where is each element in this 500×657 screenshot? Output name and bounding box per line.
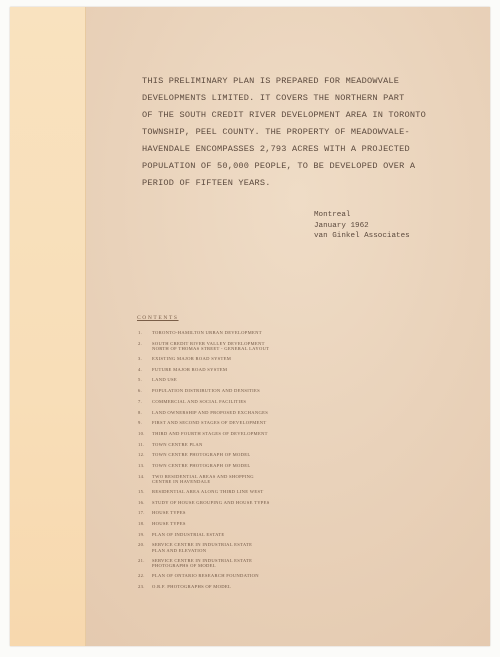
item-number: 13.	[138, 463, 152, 469]
intro-paragraph: THIS PRELIMINARY PLAN IS PREPARED FOR ME…	[142, 73, 472, 192]
item-title: COMMERCIAL AND SOCIAL FACILITIES	[152, 399, 298, 405]
contents-item: 3.EXISTING MAJOR ROAD SYSTEM	[138, 356, 298, 362]
item-number: 22.	[138, 573, 152, 579]
item-number: 8.	[138, 410, 152, 416]
item-title: TOWN CENTRE PHOTOGRAPH OF MODEL	[152, 463, 298, 469]
contents-item: 1.TORONTO-HAMILTON URBAN DEVELOPMENT	[138, 330, 298, 336]
contents-item: 15.RESIDENTIAL AREA ALONG THIRD LINE WES…	[138, 489, 298, 495]
item-number: 3.	[138, 356, 152, 362]
item-number: 10.	[138, 431, 152, 437]
contents-item: 23.O.R.F. PHOTOGRAPHS OF MODEL	[138, 584, 298, 590]
item-number: 2.	[138, 341, 152, 352]
item-number: 6.	[138, 388, 152, 394]
item-number: 19.	[138, 532, 152, 538]
item-number: 14.	[138, 474, 152, 485]
contents-item: 10.THIRD AND FOURTH STAGES OF DEVELOPMEN…	[138, 431, 298, 437]
intro-line: TOWNSHIP, PEEL COUNTY. THE PROPERTY OF M…	[142, 124, 472, 141]
item-title: PLAN OF ONTARIO RESEARCH FOUNDATION	[152, 573, 298, 579]
contents-item: 5.LAND USE	[138, 377, 298, 383]
item-title: SERVICE CENTRE IN INDUSTRIAL ESTATE PLAN…	[152, 542, 298, 553]
contents-item: 6.POPULATION DISTRIBUTION AND DENSITIES	[138, 388, 298, 394]
item-title: O.R.F. PHOTOGRAPHS OF MODEL	[152, 584, 298, 590]
item-number: 5.	[138, 377, 152, 383]
item-number: 9.	[138, 420, 152, 426]
contents-item: 9.FIRST AND SECOND STAGES OF DEVELOPMENT	[138, 420, 298, 426]
signature-place: Montreal	[314, 210, 410, 221]
intro-line: THIS PRELIMINARY PLAN IS PREPARED FOR ME…	[142, 73, 472, 90]
item-title: PLAN OF INDUSTRIAL ESTATE	[152, 532, 298, 538]
intro-line: PERIOD OF FIFTEEN YEARS.	[142, 175, 472, 192]
item-title: TORONTO-HAMILTON URBAN DEVELOPMENT	[152, 330, 298, 336]
item-title: POPULATION DISTRIBUTION AND DENSITIES	[152, 388, 298, 394]
item-title: SOUTH CREDIT RIVER VALLEY DEVELOPMENT NO…	[152, 341, 298, 352]
contents-item: 22.PLAN OF ONTARIO RESEARCH FOUNDATION	[138, 573, 298, 579]
item-number: 21.	[138, 558, 152, 569]
intro-line: POPULATION OF 50,000 PEOPLE, TO BE DEVEL…	[142, 158, 472, 175]
item-number: 17.	[138, 510, 152, 516]
item-title: LAND OWNERSHIP AND PROPOSED EXCHANGES	[152, 410, 298, 416]
item-title: HOUSE TYPES	[152, 521, 298, 527]
contents-item: 16.STUDY OF HOUSE GROUPING AND HOUSE TYP…	[138, 500, 298, 506]
contents-item: 11.TOWN CENTRE PLAN	[138, 442, 298, 448]
item-number: 7.	[138, 399, 152, 405]
contents-item: 4.FUTURE MAJOR ROAD SYSTEM	[138, 367, 298, 373]
contents-item: 21.SERVICE CENTRE IN INDUSTRIAL ESTATE P…	[138, 558, 298, 569]
item-number: 18.	[138, 521, 152, 527]
item-title: TOWN CENTRE PHOTOGRAPH OF MODEL	[152, 452, 298, 458]
intro-line: HAVENDALE ENCOMPASSES 2,793 ACRES WITH A…	[142, 141, 472, 158]
intro-line: OF THE SOUTH CREDIT RIVER DEVELOPMENT AR…	[142, 107, 472, 124]
binding-strip	[10, 7, 86, 646]
item-title: TWO RESIDENTIAL AREAS AND SHOPPING CENTR…	[152, 474, 298, 485]
item-number: 23.	[138, 584, 152, 590]
contents-item: 14.TWO RESIDENTIAL AREAS AND SHOPPING CE…	[138, 474, 298, 485]
item-title: STUDY OF HOUSE GROUPING AND HOUSE TYPES	[152, 500, 298, 506]
contents-item: 2.SOUTH CREDIT RIVER VALLEY DEVELOPMENT …	[138, 341, 298, 352]
item-number: 11.	[138, 442, 152, 448]
item-number: 20.	[138, 542, 152, 553]
contents-item: 12.TOWN CENTRE PHOTOGRAPH OF MODEL	[138, 452, 298, 458]
contents-item: 13.TOWN CENTRE PHOTOGRAPH OF MODEL	[138, 463, 298, 469]
item-title: FUTURE MAJOR ROAD SYSTEM	[152, 367, 298, 373]
contents-item: 7.COMMERCIAL AND SOCIAL FACILITIES	[138, 399, 298, 405]
item-title: EXISTING MAJOR ROAD SYSTEM	[152, 356, 298, 362]
contents-list: 1.TORONTO-HAMILTON URBAN DEVELOPMENT 2.S…	[138, 330, 298, 595]
item-title: HOUSE TYPES	[152, 510, 298, 516]
item-number: 1.	[138, 330, 152, 336]
item-title: TOWN CENTRE PLAN	[152, 442, 298, 448]
contents-item: 17.HOUSE TYPES	[138, 510, 298, 516]
contents-heading: CONTENTS	[137, 315, 179, 321]
contents-item: 20.SERVICE CENTRE IN INDUSTRIAL ESTATE P…	[138, 542, 298, 553]
item-title: FIRST AND SECOND STAGES OF DEVELOPMENT	[152, 420, 298, 426]
item-title: THIRD AND FOURTH STAGES OF DEVELOPMENT	[152, 431, 298, 437]
contents-item: 8.LAND OWNERSHIP AND PROPOSED EXCHANGES	[138, 410, 298, 416]
item-number: 15.	[138, 489, 152, 495]
intro-line: DEVELOPMENTS LIMITED. IT COVERS THE NORT…	[142, 90, 472, 107]
item-title: SERVICE CENTRE IN INDUSTRIAL ESTATE PHOT…	[152, 558, 298, 569]
signature-date: January 1962	[314, 221, 410, 232]
item-number: 4.	[138, 367, 152, 373]
contents-item: 19.PLAN OF INDUSTRIAL ESTATE	[138, 532, 298, 538]
item-number: 12.	[138, 452, 152, 458]
signature-block: Montreal January 1962 van Ginkel Associa…	[314, 210, 410, 242]
signature-firm: van Ginkel Associates	[314, 231, 410, 242]
item-number: 16.	[138, 500, 152, 506]
item-title: LAND USE	[152, 377, 298, 383]
contents-item: 18.HOUSE TYPES	[138, 521, 298, 527]
item-title: RESIDENTIAL AREA ALONG THIRD LINE WEST	[152, 489, 298, 495]
